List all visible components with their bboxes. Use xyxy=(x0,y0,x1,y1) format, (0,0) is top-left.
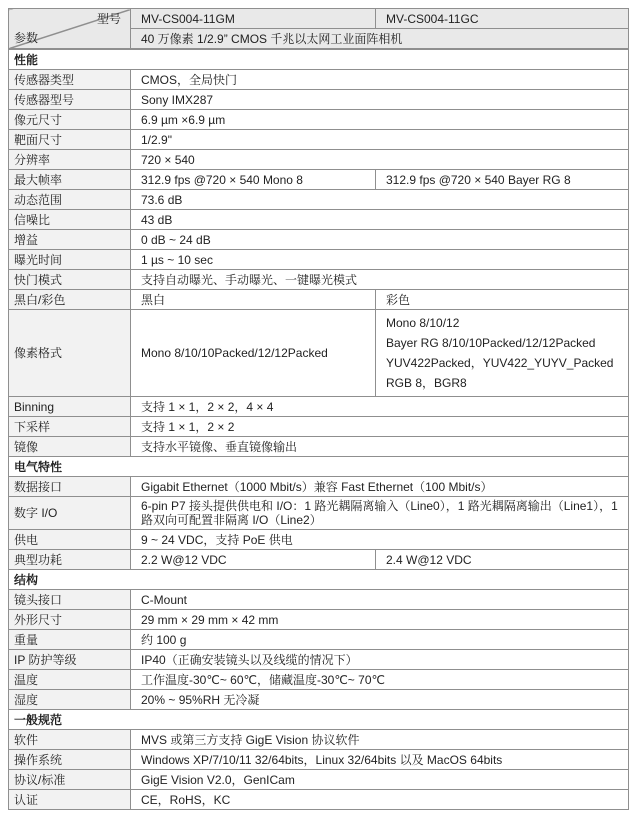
row-label: 像元尺寸 xyxy=(9,110,131,130)
spec-row: 增益0 dB ~ 24 dB xyxy=(9,230,629,250)
row-label: 信噪比 xyxy=(9,210,131,230)
spec-row: 外形尺寸29 mm × 29 mm × 42 mm xyxy=(9,610,629,630)
spec-row: 曝光时间1 µs ~ 10 sec xyxy=(9,250,629,270)
row-value-gm: 312.9 fps @720 × 540 Mono 8 xyxy=(131,170,376,190)
spec-row: 重量约 100 g xyxy=(9,630,629,650)
row-label: 分辨率 xyxy=(9,150,131,170)
row-value: 支持 1 × 1，2 × 2，4 × 4 xyxy=(131,397,629,417)
spec-row: 信噪比43 dB xyxy=(9,210,629,230)
row-label: 数据接口 xyxy=(9,477,131,497)
spec-table-head: 型号 参数 MV-CS004-11GM MV-CS004-11GC 40 万像素… xyxy=(9,9,629,50)
row-label: 曝光时间 xyxy=(9,250,131,270)
row-value: Sony IMX287 xyxy=(131,90,629,110)
spec-row: 像素格式Mono 8/10/10Packed/12/12PackedMono 8… xyxy=(9,310,629,397)
spec-row: 黑白/彩色黑白彩色 xyxy=(9,290,629,310)
row-label: 外形尺寸 xyxy=(9,610,131,630)
spec-row: 快门模式支持自动曝光、手动曝光、一键曝光模式 xyxy=(9,270,629,290)
row-label: 传感器型号 xyxy=(9,90,131,110)
spec-row: 供电9 ~ 24 VDC，支持 PoE 供电 xyxy=(9,530,629,550)
spec-row: 动态范围73.6 dB xyxy=(9,190,629,210)
row-value-gc: 2.4 W@12 VDC xyxy=(376,550,629,570)
row-label: 像素格式 xyxy=(9,310,131,397)
section-title: 性能 xyxy=(9,49,629,70)
row-value: 支持自动曝光、手动曝光、一键曝光模式 xyxy=(131,270,629,290)
section-title: 结构 xyxy=(9,570,629,590)
row-value: 20% ~ 95%RH 无冷凝 xyxy=(131,690,629,710)
spec-row: 传感器类型CMOS，全局快门 xyxy=(9,70,629,90)
row-label: 温度 xyxy=(9,670,131,690)
row-value: 1/2.9" xyxy=(131,130,629,150)
spec-row: 协议/标准GigE Vision V2.0，GenICam xyxy=(9,770,629,790)
row-label: 镜像 xyxy=(9,437,131,457)
section-row: 电气特性 xyxy=(9,457,629,477)
header-row-models: 型号 参数 MV-CS004-11GM MV-CS004-11GC xyxy=(9,9,629,29)
row-value: 9 ~ 24 VDC，支持 PoE 供电 xyxy=(131,530,629,550)
spec-row: 典型功耗2.2 W@12 VDC2.4 W@12 VDC xyxy=(9,550,629,570)
corner-cell: 型号 参数 xyxy=(9,9,131,50)
spec-sheet: 型号 参数 MV-CS004-11GM MV-CS004-11GC 40 万像素… xyxy=(0,0,636,818)
section-row: 结构 xyxy=(9,570,629,590)
spec-table: 型号 参数 MV-CS004-11GM MV-CS004-11GC 40 万像素… xyxy=(8,8,629,810)
row-label: IP 防护等级 xyxy=(9,650,131,670)
row-label: 重量 xyxy=(9,630,131,650)
row-value: 0 dB ~ 24 dB xyxy=(131,230,629,250)
row-value: 6-pin P7 接头提供供电和 I/O：1 路光耦隔离输入（Line0），1 … xyxy=(131,497,629,530)
row-value: 1 µs ~ 10 sec xyxy=(131,250,629,270)
spec-row: 下采样支持 1 × 1，2 × 2 xyxy=(9,417,629,437)
spec-row: 温度工作温度-30℃~ 60℃，储藏温度-30℃~ 70℃ xyxy=(9,670,629,690)
row-value: 720 × 540 xyxy=(131,150,629,170)
spec-row: 镜头接口C-Mount xyxy=(9,590,629,610)
section-row: 一般规范 xyxy=(9,710,629,730)
row-label: 协议/标准 xyxy=(9,770,131,790)
corner-param-label: 参数 xyxy=(14,31,38,45)
row-value: Windows XP/7/10/11 32/64bits，Linux 32/64… xyxy=(131,750,629,770)
row-value-gc: 彩色 xyxy=(376,290,629,310)
row-label: 传感器类型 xyxy=(9,70,131,90)
row-value: GigE Vision V2.0，GenICam xyxy=(131,770,629,790)
row-value: 43 dB xyxy=(131,210,629,230)
spec-row: IP 防护等级IP40（正确安装镜头以及线缆的情况下） xyxy=(9,650,629,670)
model-name-gc: MV-CS004-11GC xyxy=(376,9,629,29)
spec-table-body: 性能传感器类型CMOS，全局快门传感器型号Sony IMX287像元尺寸6.9 … xyxy=(9,49,629,810)
spec-row: 像元尺寸6.9 µm ×6.9 µm xyxy=(9,110,629,130)
row-value: 支持 1 × 1，2 × 2 xyxy=(131,417,629,437)
section-row: 性能 xyxy=(9,49,629,70)
spec-row: Binning支持 1 × 1，2 × 2，4 × 4 xyxy=(9,397,629,417)
row-label: 黑白/彩色 xyxy=(9,290,131,310)
row-label: 靶面尺寸 xyxy=(9,130,131,150)
row-value: 73.6 dB xyxy=(131,190,629,210)
row-value: 工作温度-30℃~ 60℃，储藏温度-30℃~ 70℃ xyxy=(131,670,629,690)
row-value: 6.9 µm ×6.9 µm xyxy=(131,110,629,130)
spec-row: 数据接口Gigabit Ethernet（1000 Mbit/s）兼容 Fast… xyxy=(9,477,629,497)
row-value-gc: 312.9 fps @720 × 540 Bayer RG 8 xyxy=(376,170,629,190)
spec-row: 湿度20% ~ 95%RH 无冷凝 xyxy=(9,690,629,710)
row-value-gm: 2.2 W@12 VDC xyxy=(131,550,376,570)
row-label: 下采样 xyxy=(9,417,131,437)
row-value-gc: Mono 8/10/12 Bayer RG 8/10/10Packed/12/1… xyxy=(376,310,629,397)
spec-row: 操作系统Windows XP/7/10/11 32/64bits，Linux 3… xyxy=(9,750,629,770)
row-value: IP40（正确安装镜头以及线缆的情况下） xyxy=(131,650,629,670)
row-label: 增益 xyxy=(9,230,131,250)
row-value: 29 mm × 29 mm × 42 mm xyxy=(131,610,629,630)
row-label: 动态范围 xyxy=(9,190,131,210)
row-label: 软件 xyxy=(9,730,131,750)
spec-row: 靶面尺寸1/2.9" xyxy=(9,130,629,150)
section-title: 电气特性 xyxy=(9,457,629,477)
spec-row: 软件MVS 或第三方支持 GigE Vision 协议软件 xyxy=(9,730,629,750)
row-label: Binning xyxy=(9,397,131,417)
row-value: Gigabit Ethernet（1000 Mbit/s）兼容 Fast Eth… xyxy=(131,477,629,497)
row-label: 操作系统 xyxy=(9,750,131,770)
row-label: 典型功耗 xyxy=(9,550,131,570)
row-label: 湿度 xyxy=(9,690,131,710)
section-title: 一般规范 xyxy=(9,710,629,730)
spec-row: 数字 I/O6-pin P7 接头提供供电和 I/O：1 路光耦隔离输入（Lin… xyxy=(9,497,629,530)
product-title: 40 万像素 1/2.9” CMOS 千兆以太网工业面阵相机 xyxy=(131,29,629,50)
spec-row: 镜像支持水平镜像、垂直镜像输出 xyxy=(9,437,629,457)
row-label: 最大帧率 xyxy=(9,170,131,190)
row-value: 支持水平镜像、垂直镜像输出 xyxy=(131,437,629,457)
row-label: 供电 xyxy=(9,530,131,550)
row-value-gm: Mono 8/10/10Packed/12/12Packed xyxy=(131,310,376,397)
corner-model-label: 型号 xyxy=(97,12,121,26)
row-label: 镜头接口 xyxy=(9,590,131,610)
spec-row: 最大帧率312.9 fps @720 × 540 Mono 8312.9 fps… xyxy=(9,170,629,190)
row-value: C-Mount xyxy=(131,590,629,610)
model-name-gm: MV-CS004-11GM xyxy=(131,9,376,29)
row-value: 约 100 g xyxy=(131,630,629,650)
row-label: 数字 I/O xyxy=(9,497,131,530)
spec-row: 分辨率720 × 540 xyxy=(9,150,629,170)
spec-row: 传感器型号Sony IMX287 xyxy=(9,90,629,110)
row-value-gm: 黑白 xyxy=(131,290,376,310)
row-label: 快门模式 xyxy=(9,270,131,290)
row-value: MVS 或第三方支持 GigE Vision 协议软件 xyxy=(131,730,629,750)
row-value: CMOS，全局快门 xyxy=(131,70,629,90)
